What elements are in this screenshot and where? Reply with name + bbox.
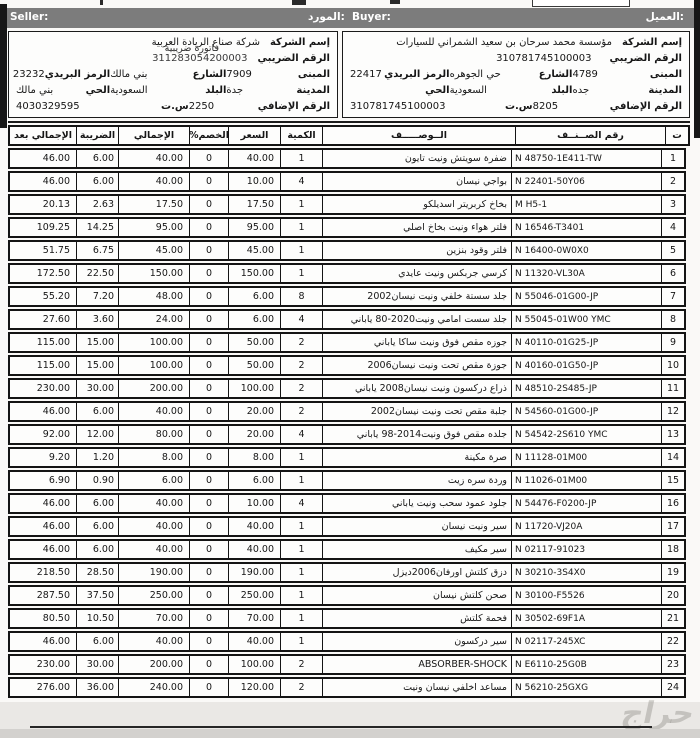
cell-tax: 6.00: [77, 518, 119, 535]
cell-quantity: 1: [281, 541, 323, 558]
cell-tax: 28.50: [77, 564, 119, 581]
buyer-numbers-row: الرقم الإضافي 8205 س.ت 310781745100003: [350, 100, 682, 113]
cell-total-after: 46.00: [10, 633, 77, 650]
cell-discount: 0: [190, 242, 229, 259]
cell-serial: 21: [662, 610, 684, 627]
cell-serial: 8: [662, 311, 684, 328]
cell-item-number: N 40160-01G50-JP: [512, 357, 662, 374]
cell-quantity: 4: [281, 495, 323, 512]
cell-total-after: 230.00: [10, 656, 77, 673]
cell-total: 200.00: [119, 656, 190, 673]
cell-description: فحمة كلتش: [323, 610, 512, 627]
buyer-country: السعودية: [450, 85, 487, 96]
district-label: الحي: [425, 85, 450, 96]
cell-price: 6.00: [229, 288, 281, 305]
cell-price: 6.00: [229, 311, 281, 328]
table-row: 22 N 02117-245XC سير دركسون 1 40.00 0 40…: [8, 631, 686, 652]
cell-tax: 6.00: [77, 150, 119, 167]
cell-price: 40.00: [229, 518, 281, 535]
cell-description: جوزه مقص فوق ونيت ساكا ياباني: [323, 334, 512, 351]
cell-total: 250.00: [119, 587, 190, 604]
cell-total: 6.00: [119, 472, 190, 489]
buyer-label-ar: العميل:: [646, 11, 684, 23]
cell-discount: 0: [190, 449, 229, 466]
cell-total: 80.00: [119, 426, 190, 443]
photo-edge-right: [694, 0, 700, 138]
seller-address-row2: المدينة جدة البلد السعودية الحي بني مالك: [16, 84, 330, 97]
header-item-number: رقم الصــنــف: [516, 127, 666, 144]
table-row: 5 N 16400-0W0X0 فلتر وقود بنزين 1 45.00 …: [8, 240, 686, 261]
cell-quantity: 4: [281, 173, 323, 190]
cell-discount: 0: [190, 426, 229, 443]
table-row: 2 N 22401-50Y06 بواجي نيسان 4 10.00 0 40…: [8, 171, 686, 192]
cell-discount: 0: [190, 265, 229, 282]
cell-item-number: N 11720-VJ20A: [512, 518, 662, 535]
cell-price: 10.00: [229, 173, 281, 190]
cell-tax: 2.63: [77, 196, 119, 213]
cell-description: بخاخ كربريتر اسديلكو: [323, 196, 512, 213]
cell-price: 150.00: [229, 265, 281, 282]
cell-total: 70.00: [119, 610, 190, 627]
cell-discount: 0: [190, 380, 229, 397]
additional-number-label: الرقم الإضافي: [610, 101, 682, 112]
cell-total: 100.00: [119, 334, 190, 351]
cell-total: 40.00: [119, 150, 190, 167]
cell-price: 17.50: [229, 196, 281, 213]
cell-serial: 24: [662, 679, 684, 696]
cell-price: 20.00: [229, 426, 281, 443]
header-quantity: الكمية: [281, 127, 323, 144]
buyer-address-row1: المبنى 4789 الشارع حي الجوهره الرمز البر…: [350, 68, 682, 81]
cell-description: جوزة مقص تحت ونيت نيسان2006: [323, 357, 512, 374]
table-row: 6 N 11320-VL30A كرسي جربكس ونيت عايدي 1 …: [8, 263, 686, 284]
table-row: 23 N E6110-25G0B ABSORBER-SHOCK 2 100.00…: [8, 654, 686, 675]
cell-description: جلد سست امامي ونيت2020-80 ياباني: [323, 311, 512, 328]
cell-total-after: 287.50: [10, 587, 77, 604]
cell-description: فلتر وقود بنزين: [323, 242, 512, 259]
cell-serial: 14: [662, 449, 684, 466]
cell-tax: 30.00: [77, 380, 119, 397]
cell-price: 100.00: [229, 380, 281, 397]
table-row: 13 N 54542-2S610 YMC جلده مقص فوق ونيت20…: [8, 424, 686, 445]
cell-total-after: 46.00: [10, 495, 77, 512]
table-row: 11 N 48510-2S485-JP ذراع دركسون ونيت نيس…: [8, 378, 686, 399]
buyer-additional-number: 8205: [533, 101, 558, 112]
cutoff-stamp-box: [532, 0, 630, 7]
cell-quantity: 2: [281, 679, 323, 696]
country-label: البلد: [205, 85, 226, 96]
cell-item-number: N 48510-2S485-JP: [512, 380, 662, 397]
postal-label: الرمز البريدي: [384, 69, 449, 80]
cell-total-after: 115.00: [10, 357, 77, 374]
cell-description: بواجي نيسان: [323, 173, 512, 190]
cell-description: جلبة مقص تحت ونيت نيسان2002: [323, 403, 512, 420]
cell-price: 50.00: [229, 334, 281, 351]
cell-total: 190.00: [119, 564, 190, 581]
table-row: 24 N 56210-25GXG مساعد اخلفي نيسان ونيت …: [8, 677, 686, 698]
header-serial: ت: [666, 127, 688, 144]
street-label: الشارع: [193, 69, 227, 80]
cell-discount: 0: [190, 403, 229, 420]
cr-label: س.ت: [161, 101, 189, 112]
cell-total-after: 172.50: [10, 265, 77, 282]
cell-serial: 12: [662, 403, 684, 420]
cell-total-after: 6.90: [10, 472, 77, 489]
cell-discount: 0: [190, 564, 229, 581]
buyer-address-row2: المدينة جده البلد السعودية الحي: [350, 84, 682, 97]
header-total-after: الإجمالي بعد: [10, 127, 77, 144]
cell-discount: 0: [190, 656, 229, 673]
cell-total-after: 46.00: [10, 541, 77, 558]
table-row: 4 N 16546-T3401 فلتر هواء ونيت بخاخ اصلي…: [8, 217, 686, 238]
cell-description: سير دركسون: [323, 633, 512, 650]
cell-total: 40.00: [119, 633, 190, 650]
seller-vat: 311283054200003: [152, 53, 247, 64]
cell-total-after: 80.50: [10, 610, 77, 627]
cell-discount: 0: [190, 173, 229, 190]
cell-total-after: 46.00: [10, 518, 77, 535]
cell-price: 120.00: [229, 679, 281, 696]
buyer-cr: 310781745100003: [350, 101, 445, 112]
cell-discount: 0: [190, 495, 229, 512]
cell-item-number: N E6110-25G0B: [512, 656, 662, 673]
cell-total-after: 46.00: [10, 150, 77, 167]
cell-item-number: N 11320-VL30A: [512, 265, 662, 282]
cutoff-mark: [100, 0, 103, 5]
cell-total: 40.00: [119, 173, 190, 190]
table-row: 1 N 48750-1E411-TW ضفرة سويتش ونيت تايون…: [8, 148, 686, 169]
cell-serial: 2: [662, 173, 684, 190]
cell-tax: 10.50: [77, 610, 119, 627]
table-row: 14 N 11128-01M00 صرة مكينة 1 8.00 0 8.00…: [8, 447, 686, 468]
cell-serial: 15: [662, 472, 684, 489]
cell-serial: 1: [662, 150, 684, 167]
cell-discount: 0: [190, 633, 229, 650]
cell-item-number: N 02117-245XC: [512, 633, 662, 650]
cell-serial: 10: [662, 357, 684, 374]
footer-gray-strip: [0, 729, 700, 738]
header-price: السعر: [229, 127, 281, 144]
seller-city: جدة: [226, 85, 243, 96]
cell-serial: 23: [662, 656, 684, 673]
table-row: 3 M H5-1 بخاخ كربريتر اسديلكو 1 17.50 0 …: [8, 194, 686, 215]
cell-total-after: 55.20: [10, 288, 77, 305]
cell-quantity: 2: [281, 380, 323, 397]
cell-total: 100.00: [119, 357, 190, 374]
cell-item-number: N 48750-1E411-TW: [512, 150, 662, 167]
cell-total: 240.00: [119, 679, 190, 696]
buyer-name: مؤسسة محمد سرحان بن سعيد الشمراني للسيار…: [396, 37, 612, 48]
cell-description: صرة مكينة: [323, 449, 512, 466]
cell-tax: 37.50: [77, 587, 119, 604]
table-row: 18 N 02117-91023 سير مكيف 1 40.00 0 40.0…: [8, 539, 686, 560]
cell-quantity: 2: [281, 403, 323, 420]
cell-description: وردة سره زيت: [323, 472, 512, 489]
company-name-label: إسم الشركة: [622, 37, 682, 48]
cell-discount: 0: [190, 610, 229, 627]
city-label: المدينة: [296, 85, 330, 96]
cell-item-number: N 55046-01G00-JP: [512, 288, 662, 305]
buyer-label-en: Buyer:: [352, 11, 391, 23]
cell-serial: 22: [662, 633, 684, 650]
cell-total: 200.00: [119, 380, 190, 397]
table-row: 15 N 11026-01M00 وردة سره زيت 1 6.00 0 6…: [8, 470, 686, 491]
buyer-postal: 22417: [350, 69, 382, 80]
cell-description: جلود عمود سحب ونيت ياباني: [323, 495, 512, 512]
seller-vat-row: الرقم الضريبي 311283054200003: [16, 52, 330, 65]
cell-quantity: 1: [281, 449, 323, 466]
buyer-street: حي الجوهره: [450, 69, 501, 80]
table-row: 20 N 30100-F5526 صحن كلتش نيسان 1 250.00…: [8, 585, 686, 606]
seller-country: السعودية: [110, 85, 147, 96]
cell-price: 40.00: [229, 541, 281, 558]
cell-price: 40.00: [229, 633, 281, 650]
cell-tax: 0.90: [77, 472, 119, 489]
cell-discount: 0: [190, 472, 229, 489]
table-row: 21 N 30502-69F1A فحمة كلتش 1 70.00 0 70.…: [8, 608, 686, 629]
buyer-name-row: إسم الشركة مؤسسة محمد سرحان بن سعيد الشم…: [350, 36, 682, 49]
cell-total-after: 46.00: [10, 173, 77, 190]
cell-quantity: 1: [281, 587, 323, 604]
cell-total-after: 9.20: [10, 449, 77, 466]
table-row: 17 N 11720-VJ20A سير ونيت نيسان 1 40.00 …: [8, 516, 686, 537]
header-description: الــوصـــــف: [323, 127, 516, 144]
cell-total: 40.00: [119, 541, 190, 558]
vat-label: الرقم الضريبي: [610, 53, 683, 64]
cutoff-mark: [390, 0, 400, 4]
postal-label: الرمز البريدي: [45, 69, 110, 80]
street-label: الشارع: [539, 69, 573, 80]
cell-serial: 20: [662, 587, 684, 604]
cell-discount: 0: [190, 196, 229, 213]
cell-total: 8.00: [119, 449, 190, 466]
buyer-vat-row: الرقم الضريبي 310781745100003: [350, 52, 682, 65]
cell-description: جلده مقص فوق ونيت2014-98 ياباني: [323, 426, 512, 443]
cell-tax: 7.20: [77, 288, 119, 305]
seller-label-ar: المورد:: [308, 11, 345, 23]
cell-price: 40.00: [229, 150, 281, 167]
items-rows: 1 N 48750-1E411-TW ضفرة سويتش ونيت تايون…: [8, 148, 686, 700]
cell-total-after: 109.25: [10, 219, 77, 236]
cell-quantity: 2: [281, 656, 323, 673]
cell-description: ضفرة سويتش ونيت تايون: [323, 150, 512, 167]
seller-additional-number: 2250: [189, 101, 214, 112]
cell-quantity: 1: [281, 219, 323, 236]
seller-postal: 23232: [13, 69, 45, 80]
cell-item-number: M H5-1: [512, 196, 662, 213]
table-top-rule: [8, 121, 690, 123]
table-row: 16 N 54476-F0200-JP جلود عمود سحب ونيت ي…: [8, 493, 686, 514]
cell-quantity: 2: [281, 334, 323, 351]
table-row: 10 N 40160-01G50-JP جوزة مقص تحت ونيت ني…: [8, 355, 686, 376]
cell-description: صحن كلتش نيسان: [323, 587, 512, 604]
table-row: 7 N 55046-01G00-JP جلد سستة خلفي ونيت ني…: [8, 286, 686, 307]
cell-discount: 0: [190, 541, 229, 558]
cell-serial: 4: [662, 219, 684, 236]
table-row: 9 N 40110-01G25-JP جوزه مقص فوق ونيت ساك…: [8, 332, 686, 353]
cell-item-number: N 16400-0W0X0: [512, 242, 662, 259]
cell-description: سير ونيت نيسان: [323, 518, 512, 535]
cell-price: 70.00: [229, 610, 281, 627]
cell-price: 190.00: [229, 564, 281, 581]
cell-item-number: N 40110-01G25-JP: [512, 334, 662, 351]
buyer-building: 4789: [572, 69, 597, 80]
cell-quantity: 1: [281, 150, 323, 167]
cell-total-after: 92.00: [10, 426, 77, 443]
cell-description: ABSORBER-SHOCK: [323, 656, 512, 673]
cell-price: 100.00: [229, 656, 281, 673]
cell-price: 250.00: [229, 587, 281, 604]
cell-tax: 30.00: [77, 656, 119, 673]
cell-total-after: 51.75: [10, 242, 77, 259]
vat-label: الرقم الضريبي: [258, 53, 331, 64]
cell-description: فلتر هواء ونيت بخاخ اصلي: [323, 219, 512, 236]
cell-description: سير مكيف: [323, 541, 512, 558]
cell-quantity: 1: [281, 265, 323, 282]
table-row: 19 N 30210-3S4X0 دزق كلتش اورفان2006ديزل…: [8, 562, 686, 583]
cell-tax: 1.20: [77, 449, 119, 466]
cell-description: دزق كلتش اورفان2006ديزل: [323, 564, 512, 581]
cell-item-number: N 22401-50Y06: [512, 173, 662, 190]
cell-serial: 16: [662, 495, 684, 512]
cell-item-number: N 02117-91023: [512, 541, 662, 558]
cell-tax: 15.00: [77, 334, 119, 351]
cell-item-number: N 30502-69F1A: [512, 610, 662, 627]
cell-description: مساعد اخلفي نيسان ونيت: [323, 679, 512, 696]
seller-label-en: Seller:: [10, 11, 48, 23]
cell-total: 17.50: [119, 196, 190, 213]
cell-tax: 6.00: [77, 403, 119, 420]
cell-quantity: 1: [281, 633, 323, 650]
cell-tax: 14.25: [77, 219, 119, 236]
header-total: الإجمالي: [119, 127, 190, 144]
cell-discount: 0: [190, 334, 229, 351]
cell-total: 150.00: [119, 265, 190, 282]
header-discount: الخصم%: [190, 127, 229, 144]
cell-item-number: N 11128-01M00: [512, 449, 662, 466]
cell-discount: 0: [190, 150, 229, 167]
cell-total: 40.00: [119, 403, 190, 420]
cell-total-after: 46.00: [10, 403, 77, 420]
seller-cr: 4030329595: [16, 101, 80, 112]
additional-number-label: الرقم الإضافي: [258, 101, 330, 112]
cell-price: 20.00: [229, 403, 281, 420]
invoice-photo: Seller: المورد: Buyer: العميل: إسم الشرك…: [0, 0, 700, 738]
seller-address-row1: المبنى 7909 الشارع بني مالك الرمز البريد…: [16, 68, 330, 81]
cell-serial: 18: [662, 541, 684, 558]
seller-panel: فاتورة ضريبية إسم الشركة شركة صناع الريا…: [8, 31, 338, 118]
cell-quantity: 2: [281, 357, 323, 374]
buyer-vat: 310781745100003: [496, 53, 591, 64]
table-row: 8 N 55045-01W00 YMC جلد سست امامي ونيت20…: [8, 309, 686, 330]
buyer-city: جده: [572, 85, 589, 96]
seller-building: 7909: [226, 69, 251, 80]
cell-total: 48.00: [119, 288, 190, 305]
seller-district: بني مالك: [16, 85, 53, 96]
buyer-panel: إسم الشركة مؤسسة محمد سرحان بن سعيد الشم…: [342, 31, 690, 118]
cell-total: 40.00: [119, 518, 190, 535]
cell-tax: 36.00: [77, 679, 119, 696]
seller-street: بني مالك: [110, 69, 147, 80]
cell-quantity: 8: [281, 288, 323, 305]
cell-price: 8.00: [229, 449, 281, 466]
building-label: المبنى: [298, 69, 330, 80]
cell-quantity: 1: [281, 242, 323, 259]
cell-serial: 3: [662, 196, 684, 213]
cell-price: 95.00: [229, 219, 281, 236]
cell-serial: 7: [662, 288, 684, 305]
cell-discount: 0: [190, 357, 229, 374]
cell-item-number: N 16546-T3401: [512, 219, 662, 236]
party-header-bar: Seller: المورد: Buyer: العميل:: [0, 8, 694, 28]
cell-total-after: 276.00: [10, 679, 77, 696]
country-label: البلد: [551, 85, 572, 96]
cell-item-number: N 30100-F5526: [512, 587, 662, 604]
cell-quantity: 4: [281, 426, 323, 443]
photo-edge-left: [0, 4, 7, 128]
cell-total: 95.00: [119, 219, 190, 236]
cell-item-number: N 54560-01G00-JP: [512, 403, 662, 420]
cell-total-after: 20.13: [10, 196, 77, 213]
city-label: المدينة: [648, 85, 682, 96]
cell-discount: 0: [190, 518, 229, 535]
cell-item-number: N 11026-01M00: [512, 472, 662, 489]
cell-item-number: N 30210-3S4X0: [512, 564, 662, 581]
cell-total: 40.00: [119, 495, 190, 512]
cutoff-mark: [292, 0, 306, 5]
cell-total: 24.00: [119, 311, 190, 328]
cell-tax: 12.00: [77, 426, 119, 443]
cell-item-number: N 55045-01W00 YMC: [512, 311, 662, 328]
cell-total-after: 27.60: [10, 311, 77, 328]
cell-quantity: 1: [281, 472, 323, 489]
cell-serial: 13: [662, 426, 684, 443]
items-header-row: ت رقم الصــنــف الــوصـــــف الكمية السع…: [8, 125, 690, 146]
cell-serial: 5: [662, 242, 684, 259]
cell-tax: 15.00: [77, 357, 119, 374]
cell-total-after: 218.50: [10, 564, 77, 581]
table-row: 12 N 54560-01G00-JP جلبة مقص تحت ونيت ني…: [8, 401, 686, 422]
cell-quantity: 4: [281, 311, 323, 328]
cr-label: س.ت: [505, 101, 533, 112]
cell-tax: 3.60: [77, 311, 119, 328]
cell-description: كرسي جربكس ونيت عايدي: [323, 265, 512, 282]
cell-serial: 17: [662, 518, 684, 535]
cell-discount: 0: [190, 219, 229, 236]
cell-serial: 11: [662, 380, 684, 397]
cell-description: ذراع دركسون ونيت نيسان2008 ياباني: [323, 380, 512, 397]
cell-quantity: 1: [281, 196, 323, 213]
cell-price: 45.00: [229, 242, 281, 259]
cell-description: جلد سستة خلفي ونيت نيسان2002: [323, 288, 512, 305]
cell-tax: 6.00: [77, 541, 119, 558]
cell-serial: 9: [662, 334, 684, 351]
cell-item-number: N 54542-2S610 YMC: [512, 426, 662, 443]
cell-total-after: 115.00: [10, 334, 77, 351]
cell-tax: 6.00: [77, 633, 119, 650]
cell-discount: 0: [190, 587, 229, 604]
cell-total: 45.00: [119, 242, 190, 259]
cell-discount: 0: [190, 288, 229, 305]
cell-price: 10.00: [229, 495, 281, 512]
cell-price: 50.00: [229, 357, 281, 374]
cell-tax: 6.00: [77, 173, 119, 190]
district-label: الحي: [86, 85, 111, 96]
cell-discount: 0: [190, 679, 229, 696]
cell-quantity: 1: [281, 610, 323, 627]
cell-tax: 22.50: [77, 265, 119, 282]
cell-item-number: N 54476-F0200-JP: [512, 495, 662, 512]
